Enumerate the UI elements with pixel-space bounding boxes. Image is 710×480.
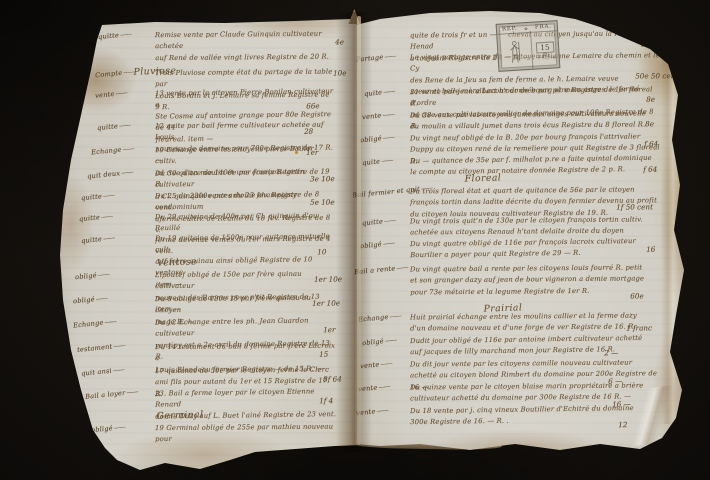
entry-category-label: obligé xyxy=(360,239,395,250)
entry-category-label: vente xyxy=(356,406,388,417)
entry-category-label: quitte xyxy=(81,191,115,202)
entry-amount: 8e xyxy=(645,119,654,128)
entry-amount: 1er xyxy=(306,148,318,157)
entry-text: Du vingt quatre bail a rente par les cit… xyxy=(410,262,660,298)
entry-category-label: quit ansi xyxy=(81,366,125,378)
entry-category-label: obligé xyxy=(91,423,126,434)
register-entry: obligéDu vingt quatre obligé de 116e par… xyxy=(348,235,690,263)
standing-liberty-figure-icon xyxy=(497,33,533,71)
register-entry: venteDu 28 vente par les citoyens jumeau… xyxy=(348,108,690,134)
entry-amount: 16 xyxy=(646,245,655,254)
entry-category-label: quite xyxy=(362,156,393,167)
register-entry: obligé19 Germinal obligé de 255e par mat… xyxy=(55,421,360,446)
entry-amount: 8f 64 xyxy=(323,374,342,383)
entry-category-label: testament xyxy=(77,341,125,354)
entry-category-label: vente xyxy=(358,382,390,393)
entry-category-label: Partage xyxy=(356,52,396,64)
entry-category-label: Echange xyxy=(91,144,134,156)
entry-category-label: obligé xyxy=(360,133,395,144)
entry-amount: 1f 4 xyxy=(319,396,333,405)
revenue-stamp: REP. ✿ FRA. 15 cent. xyxy=(496,20,561,72)
entry-amount: 15 xyxy=(319,350,328,359)
entry-category-label: Echange xyxy=(73,317,116,329)
entry-amount: 10e xyxy=(333,68,346,77)
entry-amount: 2e xyxy=(641,39,650,48)
ink-speck xyxy=(295,151,298,154)
entry-text: Du vingt quatre obligé de 116e par franç… xyxy=(410,236,660,262)
entry-category-label: vente xyxy=(95,89,127,100)
entry-amount: 3e 10e xyxy=(310,174,335,183)
entry-category-label: Echange xyxy=(358,312,401,324)
entry-category-label: quit deux xyxy=(87,168,133,181)
entry-amount: 28 xyxy=(304,127,313,136)
entry-category-label: obligé xyxy=(75,270,110,281)
entry-category-label: quitte xyxy=(97,121,131,132)
stamp-value: 15 xyxy=(536,41,554,53)
entry-category-label: obligé xyxy=(73,294,108,305)
entry-amount: 66e xyxy=(306,101,320,110)
entry-amount: 1er 10e xyxy=(312,299,340,308)
stamp-ornament-icon: ✿ xyxy=(524,25,528,30)
entry-text: Dudit jour obligé de 116e par antoine im… xyxy=(410,333,660,359)
entry-category-label: quite xyxy=(364,87,395,98)
register-entry: obligéDudit jour obligé de 116e par anto… xyxy=(348,332,690,360)
entry-category-label: quitte xyxy=(79,212,113,223)
left-page-entries: quitteRemise vente par Claude Guinquin c… xyxy=(55,14,360,476)
entry-amount: 12 xyxy=(618,420,627,429)
entry-amount: 5e 10e xyxy=(310,198,335,207)
register-entry: venteDu 18 vente par j. cinq vineux Bout… xyxy=(348,402,690,430)
entry-text: Huit prairial échange entre les moulins … xyxy=(410,310,660,335)
right-page: REP. ✿ FRA. 15 cent. xyxy=(348,4,690,456)
left-page: Pluviose Ventose Germinal quitteRemise v… xyxy=(55,14,360,476)
entry-amount: 1er 10e xyxy=(314,274,342,283)
stamp-unit: cent. xyxy=(539,53,553,59)
entry-amount: 8e xyxy=(646,95,655,104)
entry-amount: 1 franc xyxy=(626,323,652,332)
entry-amount: 1er xyxy=(323,325,335,334)
stamp-text-left: REP. xyxy=(502,26,518,33)
entry-amount: 2 — xyxy=(604,348,618,357)
entry-amount: 60e xyxy=(630,291,643,300)
entry-category-label: vente xyxy=(362,110,394,121)
entry-category-label: quitte xyxy=(98,30,132,41)
entry-amount: 1f 50 cent xyxy=(616,202,653,211)
entry-category-label: obligé xyxy=(362,336,397,347)
entry-amount: 4e xyxy=(335,37,344,46)
stamp-value-box: 15 cent. xyxy=(531,31,559,69)
entry-category-label: quitte xyxy=(81,234,115,245)
entry-amount: f 64 xyxy=(644,139,658,148)
entry-category-label: quitte xyxy=(362,216,396,227)
stamp-text-right: FRA. xyxy=(535,24,552,31)
entry-amount: 10 xyxy=(317,247,326,256)
entry-category-label: Bail a loyer xyxy=(85,388,138,401)
entry-amount: 50e 50 cent xyxy=(635,71,678,80)
register-entry: Bail a renteDu vingt quatre bail a rente… xyxy=(348,262,690,299)
archival-photo-background: Pluviose Ventose Germinal quitteRemise v… xyxy=(0,0,710,480)
entry-category-label: Bail a rente xyxy=(354,263,408,276)
entry-amount: f 64 xyxy=(643,165,657,174)
entry-text: 19 Germinal obligé de 255e par mathieu n… xyxy=(155,422,336,446)
entry-text: Du 28 vente par les citoyens jumeaux ang… xyxy=(410,108,660,133)
stamp-body: 15 cent. xyxy=(497,31,559,71)
entry-category-label: vente xyxy=(360,359,392,370)
right-page-entries: quite de trois fr et un — cheval au cito… xyxy=(348,4,690,456)
